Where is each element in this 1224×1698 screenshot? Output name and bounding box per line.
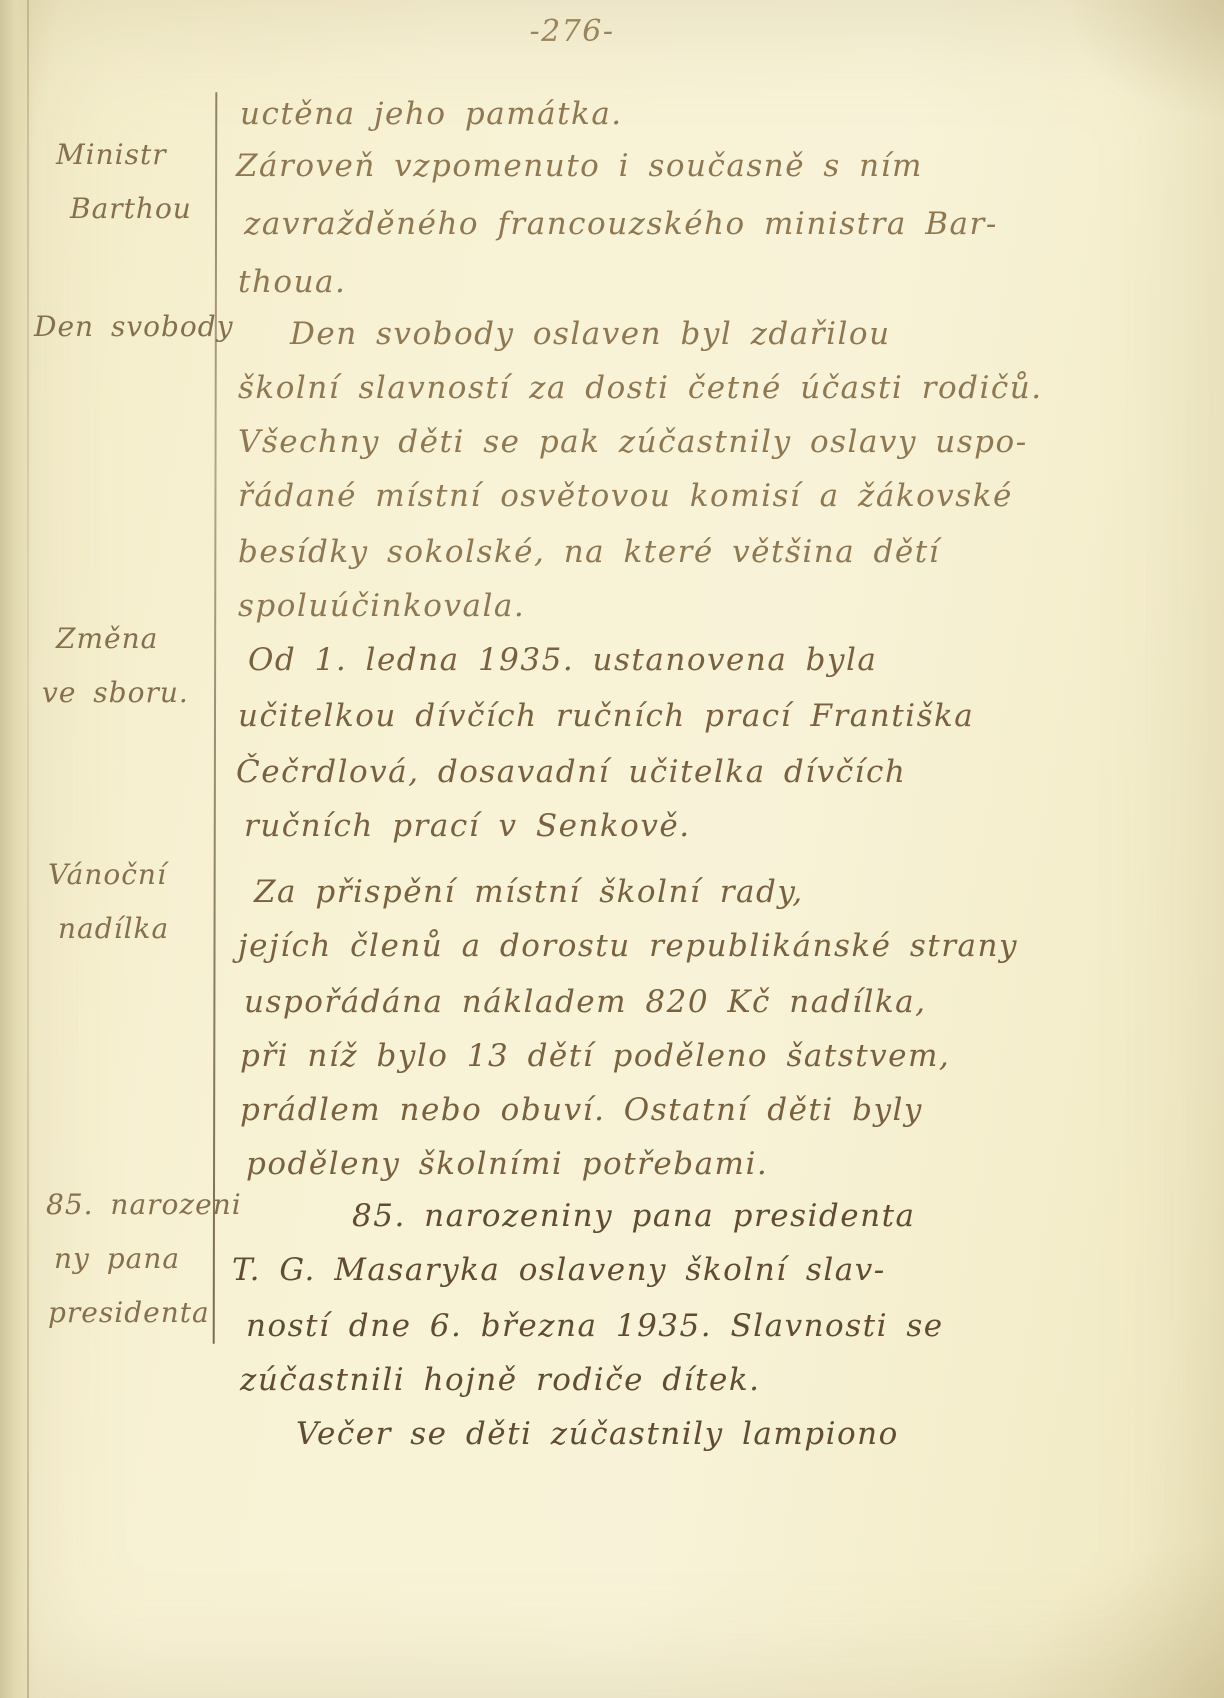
body-line: zúčastnili hojně rodiče dítek.: [240, 1362, 760, 1398]
body-line: uctěna jeho památka.: [240, 96, 623, 132]
body-line: thoua.: [238, 264, 346, 300]
page-edge-crease: [27, 0, 29, 1698]
margin-note-line: Vánoční: [48, 848, 169, 902]
page-number: -276-: [472, 14, 672, 49]
margin-note-line: Změna: [56, 612, 189, 666]
body-line: T. G. Masaryka oslaveny školní slav-: [232, 1252, 886, 1288]
body-line: Čečrdlová, dosavadní učitelka dívčích: [236, 754, 906, 790]
body-line: ností dne 6. března 1935. Slavnosti se: [246, 1308, 944, 1344]
margin-note-line: presidenta: [48, 1286, 242, 1340]
body-line: Od 1. ledna 1935. ustanovena byla: [248, 642, 877, 678]
margin-rule-line: [213, 92, 218, 1344]
body-line: Za přispění místní školní rady,: [254, 874, 804, 910]
body-line: Večer se děti zúčastnily lampiono: [296, 1416, 899, 1452]
margin-note-ministr-barthou: Ministr Barthou: [56, 128, 192, 236]
body-line: Všechny děti se pak zúčastnily oslavy us…: [238, 424, 1028, 460]
body-line: prádlem nebo obuví. Ostatní děti byly: [240, 1092, 923, 1128]
margin-note-line: 85. narozeni: [46, 1178, 242, 1232]
body-line: besídky sokolské, na které většina dětí: [238, 534, 940, 570]
body-line: školní slavností za dosti četné účasti r…: [238, 370, 1043, 406]
margin-note-85-narozeniny: 85. narozeni ny pana presidenta: [46, 1178, 242, 1340]
margin-note-line: Ministr: [56, 128, 192, 182]
margin-note-line: ny pana: [54, 1232, 242, 1286]
margin-note-line: ve sboru.: [42, 666, 189, 720]
body-line: 85. narozeniny pana presidenta: [352, 1198, 916, 1234]
body-line: ručních prací v Senkově.: [244, 808, 691, 844]
body-line: učitelkou dívčích ručních prací Františk…: [238, 698, 974, 734]
margin-note-line: Barthou: [70, 182, 192, 236]
body-line: uspořádána nákladem 820 Kč nadílka,: [244, 984, 927, 1020]
corner-shading: [1064, 0, 1224, 120]
corner-shading: [1004, 1538, 1224, 1698]
body-line: Zároveň vzpomenuto i současně s ním: [236, 148, 923, 184]
body-line: Den svobody oslaven byl zdařilou: [290, 316, 891, 352]
margin-note-vanocni-nadilka: Vánoční nadílka: [48, 848, 169, 956]
chronicle-page: -276- Ministr Barthou Den svobody Změna …: [0, 0, 1224, 1698]
margin-note-line: Den svobody: [34, 300, 234, 354]
body-line: jejích členů a dorostu republikánské str…: [238, 928, 1018, 964]
body-line: poděleny školními potřebami.: [246, 1146, 768, 1182]
body-line: řádané místní osvětovou komisí a žákovsk…: [238, 478, 1013, 514]
body-line: zavražděného francouzského ministra Bar-: [244, 206, 998, 242]
body-line: při níž bylo 13 dětí poděleno šatstvem,: [240, 1038, 950, 1074]
body-line: spoluúčinkovala.: [238, 588, 525, 624]
margin-note-den-svobody: Den svobody: [34, 300, 234, 354]
margin-note-zmena-ve-sboru: Změna ve sboru.: [42, 612, 189, 720]
margin-note-line: nadílka: [58, 902, 169, 956]
